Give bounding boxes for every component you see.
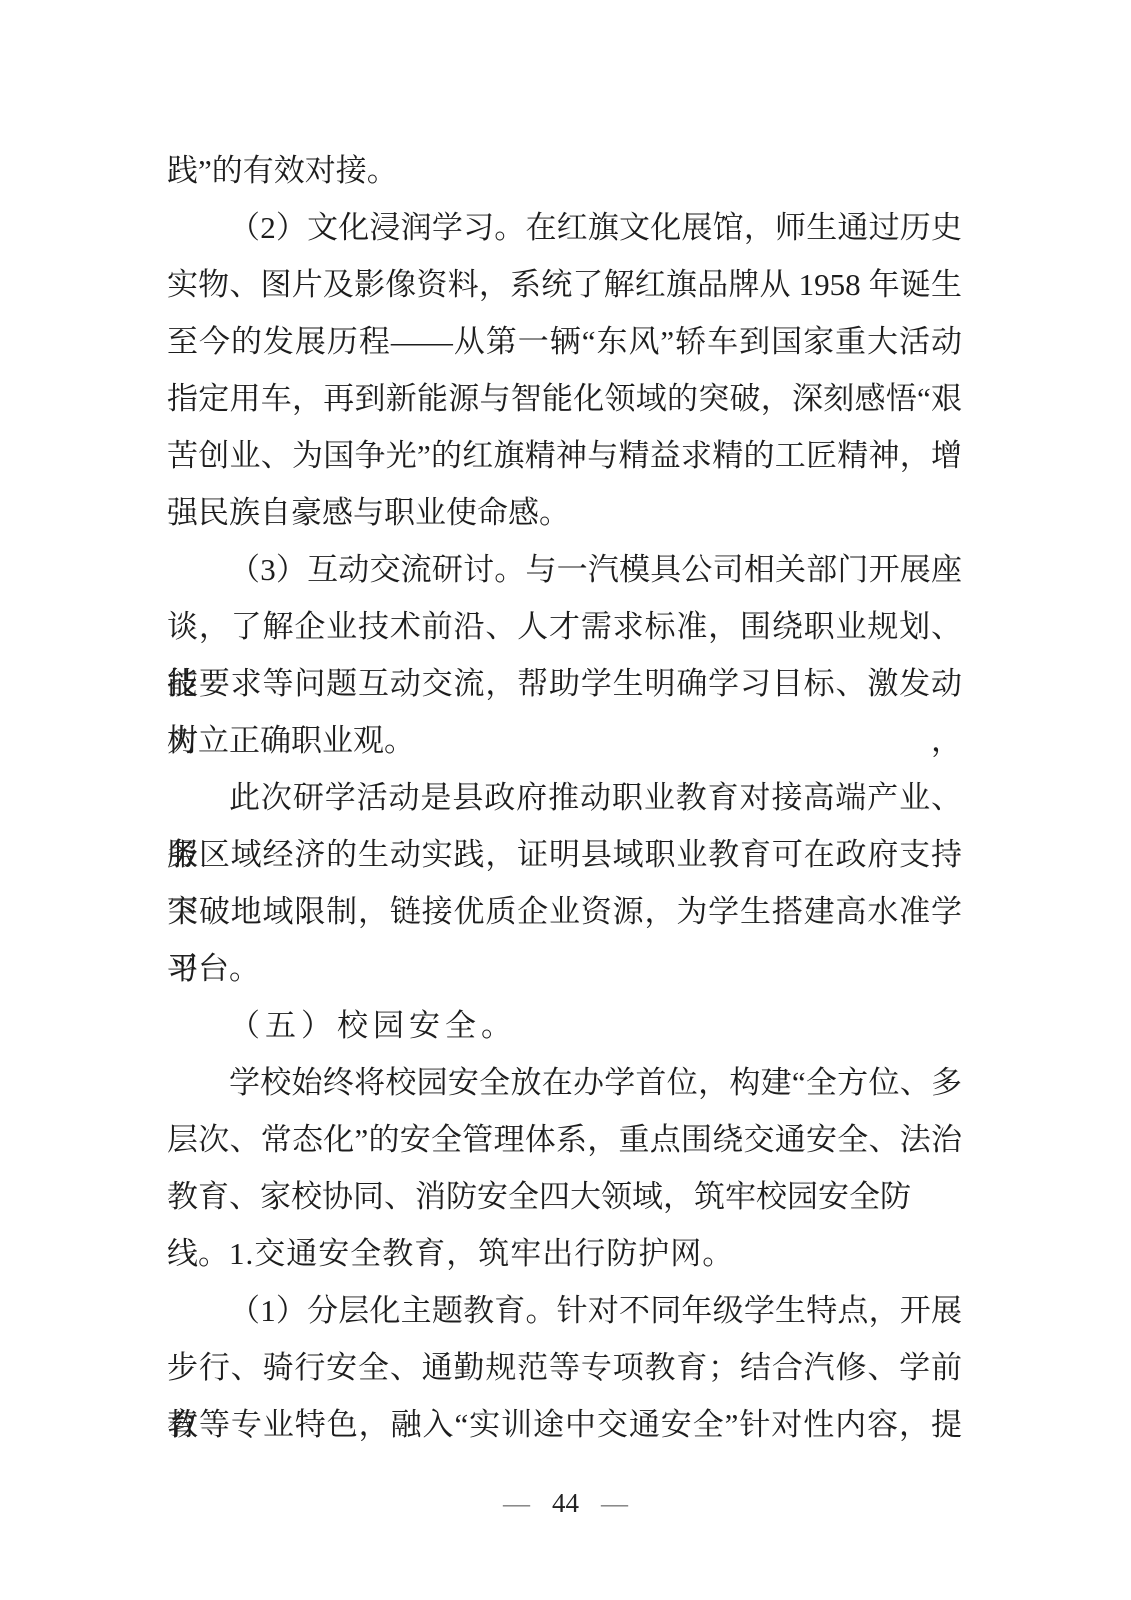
text-line: （3）互动交流研讨。与一汽模具公司相关部门开展座 bbox=[167, 541, 962, 598]
paragraph-body: 此次研学活动是县政府推动职业教育对接高端产业、服务区域经济的生动实践，证明县域职… bbox=[167, 769, 962, 997]
text-line: 1.交通安全教育，筑牢出行防护网。 bbox=[167, 1225, 962, 1282]
paragraph-heading-2: （五）校园安全。 bbox=[167, 997, 962, 1054]
text-line: 能要求等问题互动交流，帮助学生明确学习目标、激发动力， bbox=[167, 655, 962, 712]
document-body: 践”的有效对接。（2）文化浸润学习。在红旗文化展馆，师生通过历史实物、图片及影像… bbox=[167, 142, 962, 1453]
text-line: （2）文化浸润学习。在红旗文化展馆，师生通过历史 bbox=[167, 199, 962, 256]
text-line: 层次、常态化”的安全管理体系，重点围绕交通安全、法治 bbox=[167, 1111, 962, 1168]
paragraph-body: （3）互动交流研讨。与一汽模具公司相关部门开展座谈，了解企业技术前沿、人才需求标… bbox=[167, 541, 962, 769]
text-line: 此次研学活动是县政府推动职业教育对接高端产业、服 bbox=[167, 769, 962, 826]
text-line: （五）校园安全。 bbox=[167, 997, 962, 1054]
text-line: 强民族自豪感与职业使命感。 bbox=[167, 484, 962, 541]
text-line: 践”的有效对接。 bbox=[167, 142, 962, 199]
footer-dash-right: — bbox=[601, 1483, 628, 1523]
text-line: 教育、家校协同、消防安全四大领域，筑牢校园安全防线。 bbox=[167, 1168, 962, 1225]
paragraph-body: （2）文化浸润学习。在红旗文化展馆，师生通过历史实物、图片及影像资料，系统了解红… bbox=[167, 199, 962, 541]
footer-page-number: 44 bbox=[552, 1483, 579, 1523]
text-line: 育等专业特色，融入“实训途中交通安全”针对性内容，提 bbox=[167, 1396, 962, 1453]
paragraph-body: （1）分层化主题教育。针对不同年级学生特点，开展步行、骑行安全、通勤规范等专项教… bbox=[167, 1282, 962, 1453]
text-line: 步行、骑行安全、通勤规范等专项教育；结合汽修、学前教 bbox=[167, 1339, 962, 1396]
document-page: 践”的有效对接。（2）文化浸润学习。在红旗文化展馆，师生通过历史实物、图片及影像… bbox=[0, 0, 1131, 1600]
text-line: 实物、图片及影像资料，系统了解红旗品牌从 1958 年诞生 bbox=[167, 256, 962, 313]
text-line: 平台。 bbox=[167, 940, 962, 997]
footer-dash-left: — bbox=[503, 1483, 530, 1523]
text-line: 突破地域限制，链接优质企业资源，为学生搭建高水准学习 bbox=[167, 883, 962, 940]
paragraph-heading-3: 1.交通安全教育，筑牢出行防护网。 bbox=[167, 1225, 962, 1282]
paragraph-body-continuation: 践”的有效对接。 bbox=[167, 142, 962, 199]
text-line: 务区域经济的生动实践，证明县域职业教育可在政府支持下 bbox=[167, 826, 962, 883]
text-line: （1）分层化主题教育。针对不同年级学生特点，开展 bbox=[167, 1282, 962, 1339]
paragraph-body: 学校始终将校园安全放在办学首位，构建“全方位、多层次、常态化”的安全管理体系，重… bbox=[167, 1054, 962, 1225]
text-line: 至今的发展历程——从第一辆“东风”轿车到国家重大活动 bbox=[167, 313, 962, 370]
text-line: 谈，了解企业技术前沿、人才需求标准，围绕职业规划、技 bbox=[167, 598, 962, 655]
text-line: 学校始终将校园安全放在办学首位，构建“全方位、多 bbox=[167, 1054, 962, 1111]
text-line: 苦创业、为国争光”的红旗精神与精益求精的工匠精神，增 bbox=[167, 427, 962, 484]
page-footer: — 44 — bbox=[0, 1483, 1131, 1523]
text-line: 指定用车，再到新能源与智能化领域的突破，深刻感悟“艰 bbox=[167, 370, 962, 427]
